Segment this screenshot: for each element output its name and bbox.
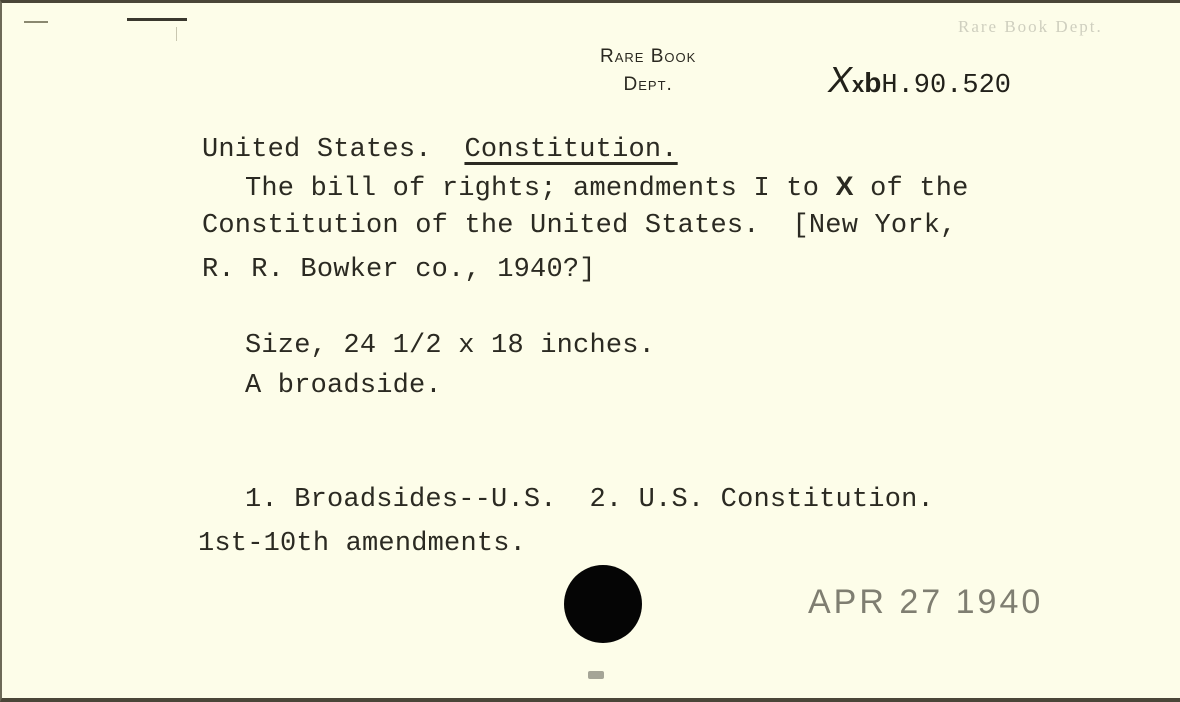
call-number-prefix-small: x [852, 72, 864, 97]
pencil-note: Rare Book Dept. [958, 17, 1103, 37]
author: United States. [202, 135, 432, 165]
punch-hole [564, 565, 642, 643]
uniform-title: Constitution. [464, 135, 677, 165]
call-number: XxbH.90.520 [828, 59, 1011, 101]
location-stamp: Rare Book Dept. [600, 43, 696, 99]
subject-tracing-1: 1. Broadsides--U.S. 2. U.S. Constitution… [245, 485, 934, 515]
call-number-prefix-large: X [828, 59, 852, 100]
edge-tick [176, 27, 177, 41]
edge-mark [24, 21, 48, 23]
catalog-card: Rare Book Dept. Rare Book Dept. XxbH.90.… [0, 0, 1180, 702]
subject-tracing-2: 1st-10th amendments. [198, 529, 526, 559]
title-text-end: of the [854, 174, 969, 204]
call-number-prefix-b: b [864, 67, 881, 98]
ink-speck [588, 671, 604, 679]
location-line-1: Rare Book [600, 43, 696, 71]
title-text: The bill of rights; amendments I to [245, 174, 836, 204]
edge-rule [127, 18, 187, 21]
title-line-2: Constitution of the United States. [New … [202, 211, 957, 241]
main-entry: United States. Constitution. [202, 135, 678, 165]
call-number-rest: H.90.520 [881, 71, 1011, 101]
title-line-1: The bill of rights; amendments I to X of… [245, 171, 969, 204]
title-roman-numeral: X [836, 171, 854, 201]
size-note: Size, 24 1/2 x 18 inches. [245, 331, 655, 361]
imprint-line: R. R. Bowker co., 1940?] [202, 255, 596, 285]
location-line-2: Dept. [600, 71, 696, 99]
form-note: A broadside. [245, 371, 442, 401]
date-stamp: APR 27 1940 [808, 583, 1043, 622]
